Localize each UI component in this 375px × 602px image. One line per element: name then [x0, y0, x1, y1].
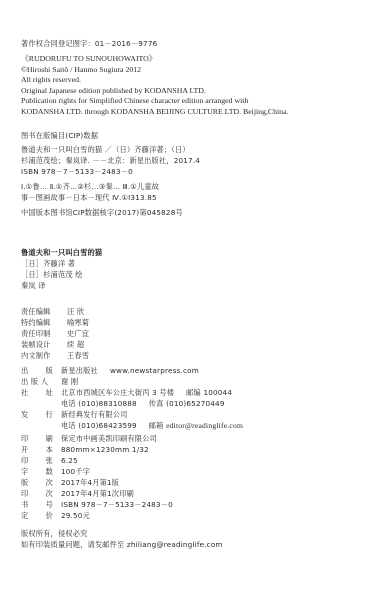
- distribution-row: 发行 新经典发行有限公司: [21, 409, 243, 420]
- postcode: 100044: [203, 387, 232, 398]
- publisher-name: 新星出版社: [61, 365, 98, 376]
- staff-row: 责任编辑汪 欣: [21, 306, 89, 317]
- spec-row: 印张6.25: [21, 455, 173, 466]
- address-row: 社址 北京市西城区车公庄大街丙 3 号楼 邮编 100044: [21, 387, 243, 398]
- footer-notices: 版权所有，侵权必究 如有印装质量问题，请发邮件至 zhiliang@readin…: [21, 528, 223, 550]
- address-value: 北京市西城区车公庄大街丙 3 号楼: [61, 387, 174, 398]
- publishing-info: 出版 新星出版社 www.newstarpress.com 出 版 人 谢 刚 …: [21, 365, 243, 431]
- book-title: 鲁道夫和一只叫白雪的猫: [21, 247, 102, 258]
- illustrator-credit: ［日］杉浦范茂 绘: [21, 269, 102, 280]
- cip-section: 图书在版编目(CIP)数据 鲁道夫和一只叫白雪的猫 ／（日）齐藤洋著；（日） 杉…: [21, 130, 200, 218]
- editor-email: editor@readinglife.com: [166, 420, 243, 431]
- staff-row: 内文制作王春雪: [21, 350, 89, 361]
- print-specs: 印刷保定市中画美凯印刷有限公司 开本880mm×1230mm 1/32 印张6.…: [21, 433, 173, 521]
- cip-record: 中国版本图书馆CIP数据核字(2017)第045828号: [21, 207, 200, 218]
- rights-notice: 版权所有，侵权必究: [21, 528, 223, 539]
- cip-class-1: Ⅰ.①鲁… Ⅱ.①齐…②杉…③秦… Ⅲ.①儿童故: [21, 181, 200, 192]
- spec-row: 书号ISBN 978－7－5133－2483－0: [21, 499, 173, 510]
- spec-row: 版次2017年4月第1版: [21, 477, 173, 488]
- distribution-phone: (010)68423599: [78, 420, 137, 431]
- cip-line-1: 鲁道夫和一只叫白雪的猫 ／（日）齐藤洋著；（日）: [21, 144, 200, 155]
- all-rights: All rights reserved.: [21, 75, 288, 86]
- author-credit: ［日］齐藤洋 著: [21, 258, 102, 269]
- distribution-contact-row: 电话 (010)68423599 邮箱 editor@readinglife.c…: [21, 420, 243, 431]
- spec-row: 印次2017年4月第1次印刷: [21, 488, 173, 499]
- book-credits: 鲁道夫和一只叫白雪的猫 ［日］齐藤洋 著 ［日］杉浦范茂 绘 秦岚 译: [21, 247, 102, 291]
- cip-class-2: 事－图画故事－日本－现代 Ⅳ.①I313.85: [21, 192, 200, 203]
- staff-row: 责任印制史广宜: [21, 328, 89, 339]
- staff-row: 装帧设计续 超: [21, 339, 89, 350]
- cip-isbn: ISBN 978－7－5133－2483－0: [21, 166, 200, 177]
- publisher-person-row: 出 版 人 谢 刚: [21, 376, 243, 387]
- spec-row: 字数100千字: [21, 466, 173, 477]
- spec-row: 定价29.50元: [21, 510, 173, 521]
- copyright-registration: 著作权合同登记图字：01－2016－9776: [21, 38, 157, 49]
- address-phone-row: 电话 (010)88310888 传真 (010)65270449: [21, 398, 243, 409]
- phone: (010)88310888: [78, 398, 137, 409]
- publication-rights: Publication rights for Simplified Chines…: [21, 96, 288, 107]
- rights-statement: 《RUDORUFU TO SUNOUHOWAITO》 ©Hiroshi Sait…: [21, 54, 288, 117]
- publisher-website: www.newstarpress.com: [110, 365, 199, 376]
- cip-heading: 图书在版编目(CIP)数据: [21, 130, 200, 141]
- publisher-row: 出版 新星出版社 www.newstarpress.com: [21, 365, 243, 376]
- fax: (010)65270449: [166, 398, 225, 409]
- staff-row: 特约编辑喻寒菊: [21, 317, 89, 328]
- spec-row: 开本880mm×1230mm 1/32: [21, 444, 173, 455]
- translator-credit: 秦岚 译: [21, 280, 102, 291]
- original-title: 《RUDORUFU TO SUNOUHOWAITO》: [21, 54, 288, 65]
- original-edition: Original Japanese edition published by K…: [21, 86, 288, 97]
- staff-list: 责任编辑汪 欣 特约编辑喻寒菊 责任印制史广宜 装帧设计续 超 内文制作王春雪: [21, 306, 89, 361]
- cip-line-2: 杉浦范茂绘；秦岚译. －－北京：新星出版社，2017.4: [21, 155, 200, 166]
- arranged-through: KODANSHA LTD. through KODANSHA BEIJING C…: [21, 107, 288, 118]
- quality-notice: 如有印装质量问题，请发邮件至 zhiliang@readinglife.com: [21, 539, 223, 550]
- spec-row: 印刷保定市中画美凯印刷有限公司: [21, 433, 173, 444]
- copyright-holders: ©Hiroshi Saitō / Hanmo Sugiura 2012: [21, 65, 288, 76]
